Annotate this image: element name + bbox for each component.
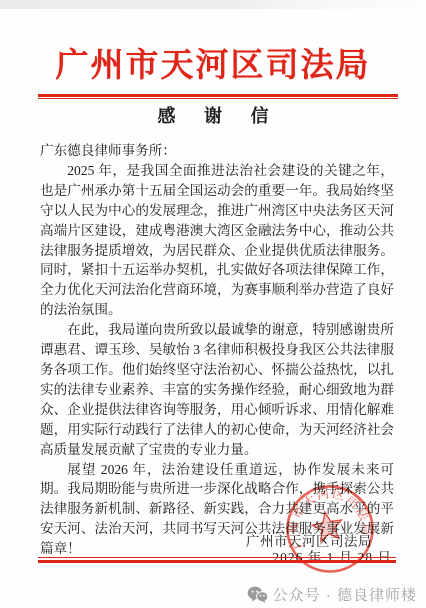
doc-title: 感 谢 信 <box>0 102 426 128</box>
footer-rule <box>38 557 396 563</box>
signature-date: 2026 年 1 月 28 日 <box>0 546 392 566</box>
paragraph-1: 2025 年，是我国全面推进法治社会建设的关键之年，也是广州承办第十五届全国运动… <box>40 161 394 320</box>
letter-body: 广东德良律师事务所： 2025 年，是我国全面推进法治社会建设的关键之年，也是广… <box>40 141 394 559</box>
wechat-icon <box>247 586 268 603</box>
letterhead-title: 广州市天河区司法局 <box>0 46 426 86</box>
scan-edge-shadow <box>0 0 426 9</box>
footer-branding: 公众号 · 德良律师楼 <box>247 584 417 604</box>
letter-page: 广州市天河区司法局 感 谢 信 广东德良律师事务所： 2025 年，是我国全面推… <box>0 0 426 608</box>
letterhead-rule <box>38 94 398 99</box>
paragraph-2: 在此，我局谨向贵所致以最诚挚的谢意，特别感谢贵所谭惠君、谭玉珍、吴敏怡 3 名律… <box>40 320 394 459</box>
rule-thin-line <box>38 98 398 99</box>
salutation: 广东德良律师事务所： <box>40 141 394 161</box>
rule-thick-line <box>38 560 396 563</box>
footer-brand-label: 公众号 · 德良律师楼 <box>273 584 417 605</box>
